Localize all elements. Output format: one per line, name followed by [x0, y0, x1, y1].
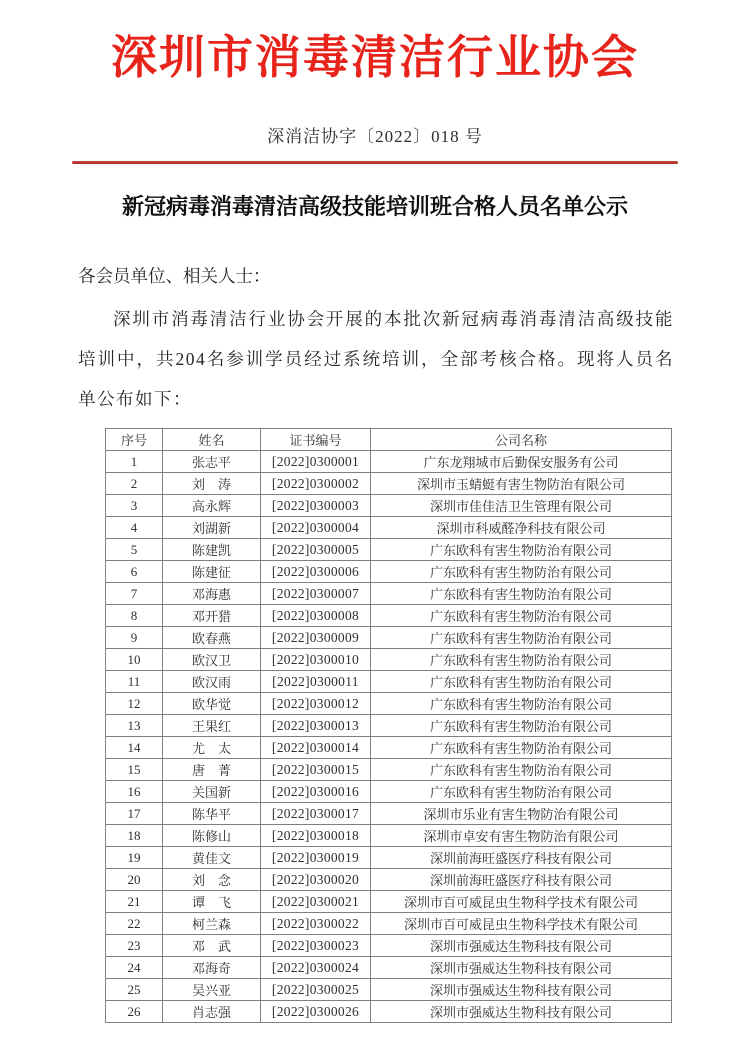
person-name: 陈华平 — [163, 803, 261, 825]
row-index: 17 — [106, 803, 163, 825]
row-index: 14 — [106, 737, 163, 759]
person-name: 柯兰森 — [163, 913, 261, 935]
row-index: 11 — [106, 671, 163, 693]
table-row: 9欧春燕[2022]0300009广东欧科有害生物防治有限公司 — [106, 627, 672, 649]
row-index: 16 — [106, 781, 163, 803]
doc-number: 深消洁协字〔2022〕018 号 — [0, 122, 750, 147]
certificate-number: [2022]0300004 — [261, 517, 371, 539]
person-name: 高永辉 — [163, 495, 261, 517]
person-name: 欧汉卫 — [163, 649, 261, 671]
row-index: 12 — [106, 693, 163, 715]
company-name: 深圳市强威达生物科技有限公司 — [371, 979, 672, 1001]
row-index: 7 — [106, 583, 163, 605]
table-row: 23邓 武[2022]0300023深圳市强威达生物科技有限公司 — [106, 935, 672, 957]
certificate-number: [2022]0300014 — [261, 737, 371, 759]
row-index: 6 — [106, 561, 163, 583]
row-index: 10 — [106, 649, 163, 671]
company-name: 广东欧科有害生物防治有限公司 — [371, 781, 672, 803]
table-row: 21谭 飞[2022]0300021深圳市百可威昆虫生物科学技术有限公司 — [106, 891, 672, 913]
person-name: 谭 飞 — [163, 891, 261, 913]
table-row: 16关国新[2022]0300016广东欧科有害生物防治有限公司 — [106, 781, 672, 803]
table-row: 19黄佳文[2022]0300019深圳前海旺盛医疗科技有限公司 — [106, 847, 672, 869]
table-row: 7邓海惠[2022]0300007广东欧科有害生物防治有限公司 — [106, 583, 672, 605]
company-name: 广东欧科有害生物防治有限公司 — [371, 583, 672, 605]
certificate-number: [2022]0300018 — [261, 825, 371, 847]
company-name: 广东欧科有害生物防治有限公司 — [371, 649, 672, 671]
company-name: 深圳市佳佳洁卫生管理有限公司 — [371, 495, 672, 517]
person-name: 欧春燕 — [163, 627, 261, 649]
row-index: 1 — [106, 451, 163, 473]
company-name: 深圳市科威醛净科技有限公司 — [371, 517, 672, 539]
table-head: 序号 姓名 证书编号 公司名称 — [106, 429, 672, 451]
company-name: 深圳前海旺盛医疗科技有限公司 — [371, 869, 672, 891]
certificate-number: [2022]0300008 — [261, 605, 371, 627]
certificate-number: [2022]0300015 — [261, 759, 371, 781]
row-index: 23 — [106, 935, 163, 957]
row-index: 9 — [106, 627, 163, 649]
table-row: 10欧汉卫[2022]0300010广东欧科有害生物防治有限公司 — [106, 649, 672, 671]
table-row: 1张志平[2022]0300001广东龙翔城市后勤保安服务有公司 — [106, 451, 672, 473]
row-index: 5 — [106, 539, 163, 561]
table-row: 8邓开猎[2022]0300008广东欧科有害生物防治有限公司 — [106, 605, 672, 627]
person-name: 唐 菁 — [163, 759, 261, 781]
row-index: 22 — [106, 913, 163, 935]
person-name: 陈修山 — [163, 825, 261, 847]
person-name: 邓海奇 — [163, 957, 261, 979]
person-name: 张志平 — [163, 451, 261, 473]
document-page: 深圳市消毒清洁行业协会 深消洁协字〔2022〕018 号 新冠病毒消毒清洁高级技… — [0, 0, 750, 1060]
person-name: 邓 武 — [163, 935, 261, 957]
table-row: 24邓海奇[2022]0300024深圳市强威达生物科技有限公司 — [106, 957, 672, 979]
header-cell-company: 公司名称 — [371, 429, 672, 451]
body-paragraph: 深圳市消毒清洁行业协会开展的本批次新冠病毒消毒清洁高级技能培训中，共204名参训… — [78, 299, 674, 419]
table-row: 20刘 念[2022]0300020深圳前海旺盛医疗科技有限公司 — [106, 869, 672, 891]
company-name: 深圳前海旺盛医疗科技有限公司 — [371, 847, 672, 869]
row-index: 19 — [106, 847, 163, 869]
company-name: 深圳市卓安有害生物防治有限公司 — [371, 825, 672, 847]
row-index: 26 — [106, 1001, 163, 1023]
company-name: 广东欧科有害生物防治有限公司 — [371, 539, 672, 561]
company-name: 广东欧科有害生物防治有限公司 — [371, 737, 672, 759]
certificate-number: [2022]0300017 — [261, 803, 371, 825]
person-name: 邓海惠 — [163, 583, 261, 605]
greeting-line: 各会员单位、相关人士： — [78, 263, 672, 289]
certificate-number: [2022]0300016 — [261, 781, 371, 803]
person-name: 刘 涛 — [163, 473, 261, 495]
row-index: 24 — [106, 957, 163, 979]
table-header-row: 序号 姓名 证书编号 公司名称 — [106, 429, 672, 451]
table-row: 14尤 太[2022]0300014广东欧科有害生物防治有限公司 — [106, 737, 672, 759]
table-row: 17陈华平[2022]0300017深圳市乐业有害生物防治有限公司 — [106, 803, 672, 825]
person-name: 肖志强 — [163, 1001, 261, 1023]
table-row: 5陈建凯[2022]0300005广东欧科有害生物防治有限公司 — [106, 539, 672, 561]
company-name: 深圳市强威达生物科技有限公司 — [371, 957, 672, 979]
row-index: 20 — [106, 869, 163, 891]
org-title: 深圳市消毒清洁行业协会 — [0, 0, 750, 88]
certificate-number: [2022]0300003 — [261, 495, 371, 517]
company-name: 广东欧科有害生物防治有限公司 — [371, 561, 672, 583]
certificate-number: [2022]0300012 — [261, 693, 371, 715]
certificate-number: [2022]0300005 — [261, 539, 371, 561]
table-row: 2刘 涛[2022]0300002深圳市玉蜻蜓有害生物防治有限公司 — [106, 473, 672, 495]
row-index: 21 — [106, 891, 163, 913]
table-row: 4刘湖新[2022]0300004深圳市科威醛净科技有限公司 — [106, 517, 672, 539]
certificate-number: [2022]0300025 — [261, 979, 371, 1001]
person-name: 王果红 — [163, 715, 261, 737]
table-row: 15唐 菁[2022]0300015广东欧科有害生物防治有限公司 — [106, 759, 672, 781]
certificate-number: [2022]0300007 — [261, 583, 371, 605]
certificate-number: [2022]0300013 — [261, 715, 371, 737]
person-name: 邓开猎 — [163, 605, 261, 627]
certificate-number: [2022]0300024 — [261, 957, 371, 979]
company-name: 广东欧科有害生物防治有限公司 — [371, 671, 672, 693]
certificate-number: [2022]0300020 — [261, 869, 371, 891]
certificate-number: [2022]0300001 — [261, 451, 371, 473]
red-divider-rule — [72, 161, 678, 164]
person-name: 刘 念 — [163, 869, 261, 891]
row-index: 3 — [106, 495, 163, 517]
company-name: 广东欧科有害生物防治有限公司 — [371, 627, 672, 649]
company-name: 广东欧科有害生物防治有限公司 — [371, 605, 672, 627]
certificate-number: [2022]0300002 — [261, 473, 371, 495]
company-name: 深圳市玉蜻蜓有害生物防治有限公司 — [371, 473, 672, 495]
company-name: 深圳市百可威昆虫生物科学技术有限公司 — [371, 891, 672, 913]
company-name: 深圳市强威达生物科技有限公司 — [371, 1001, 672, 1023]
person-name: 欧华觉 — [163, 693, 261, 715]
row-index: 13 — [106, 715, 163, 737]
table-row: 11欧汉雨[2022]0300011广东欧科有害生物防治有限公司 — [106, 671, 672, 693]
row-index: 4 — [106, 517, 163, 539]
company-name: 广东欧科有害生物防治有限公司 — [371, 693, 672, 715]
certificate-number: [2022]0300011 — [261, 671, 371, 693]
header-cell-certificate: 证书编号 — [261, 429, 371, 451]
table-row: 3高永辉[2022]0300003深圳市佳佳洁卫生管理有限公司 — [106, 495, 672, 517]
person-name: 陈建征 — [163, 561, 261, 583]
table-body: 1张志平[2022]0300001广东龙翔城市后勤保安服务有公司2刘 涛[202… — [106, 451, 672, 1023]
certificate-number: [2022]0300022 — [261, 913, 371, 935]
table-row: 22柯兰森[2022]0300022深圳市百可威昆虫生物科学技术有限公司 — [106, 913, 672, 935]
table-row: 12欧华觉[2022]0300012广东欧科有害生物防治有限公司 — [106, 693, 672, 715]
row-index: 18 — [106, 825, 163, 847]
certificate-number: [2022]0300021 — [261, 891, 371, 913]
certificate-number: [2022]0300019 — [261, 847, 371, 869]
row-index: 15 — [106, 759, 163, 781]
certificate-number: [2022]0300023 — [261, 935, 371, 957]
company-name: 深圳市乐业有害生物防治有限公司 — [371, 803, 672, 825]
table-row: 26肖志强[2022]0300026深圳市强威达生物科技有限公司 — [106, 1001, 672, 1023]
table-row: 25吴兴亚[2022]0300025深圳市强威达生物科技有限公司 — [106, 979, 672, 1001]
row-index: 2 — [106, 473, 163, 495]
person-name: 尤 太 — [163, 737, 261, 759]
notice-title: 新冠病毒消毒清洁高级技能培训班合格人员名单公示 — [0, 190, 750, 221]
person-name: 刘湖新 — [163, 517, 261, 539]
header-cell-index: 序号 — [106, 429, 163, 451]
company-name: 深圳市强威达生物科技有限公司 — [371, 935, 672, 957]
row-index: 8 — [106, 605, 163, 627]
table-row: 18陈修山[2022]0300018深圳市卓安有害生物防治有限公司 — [106, 825, 672, 847]
person-name: 吴兴亚 — [163, 979, 261, 1001]
certificate-number: [2022]0300026 — [261, 1001, 371, 1023]
certificate-number: [2022]0300009 — [261, 627, 371, 649]
person-name: 陈建凯 — [163, 539, 261, 561]
table-row: 6陈建征[2022]0300006广东欧科有害生物防治有限公司 — [106, 561, 672, 583]
company-name: 广东欧科有害生物防治有限公司 — [371, 715, 672, 737]
header-cell-name: 姓名 — [163, 429, 261, 451]
company-name: 广东龙翔城市后勤保安服务有公司 — [371, 451, 672, 473]
person-name: 关国新 — [163, 781, 261, 803]
person-name: 黄佳文 — [163, 847, 261, 869]
row-index: 25 — [106, 979, 163, 1001]
qualified-personnel-table: 序号 姓名 证书编号 公司名称 1张志平[2022]0300001广东龙翔城市后… — [105, 428, 672, 1023]
company-name: 广东欧科有害生物防治有限公司 — [371, 759, 672, 781]
table-row: 13王果红[2022]0300013广东欧科有害生物防治有限公司 — [106, 715, 672, 737]
certificate-number: [2022]0300006 — [261, 561, 371, 583]
certificate-number: [2022]0300010 — [261, 649, 371, 671]
person-name: 欧汉雨 — [163, 671, 261, 693]
company-name: 深圳市百可威昆虫生物科学技术有限公司 — [371, 913, 672, 935]
